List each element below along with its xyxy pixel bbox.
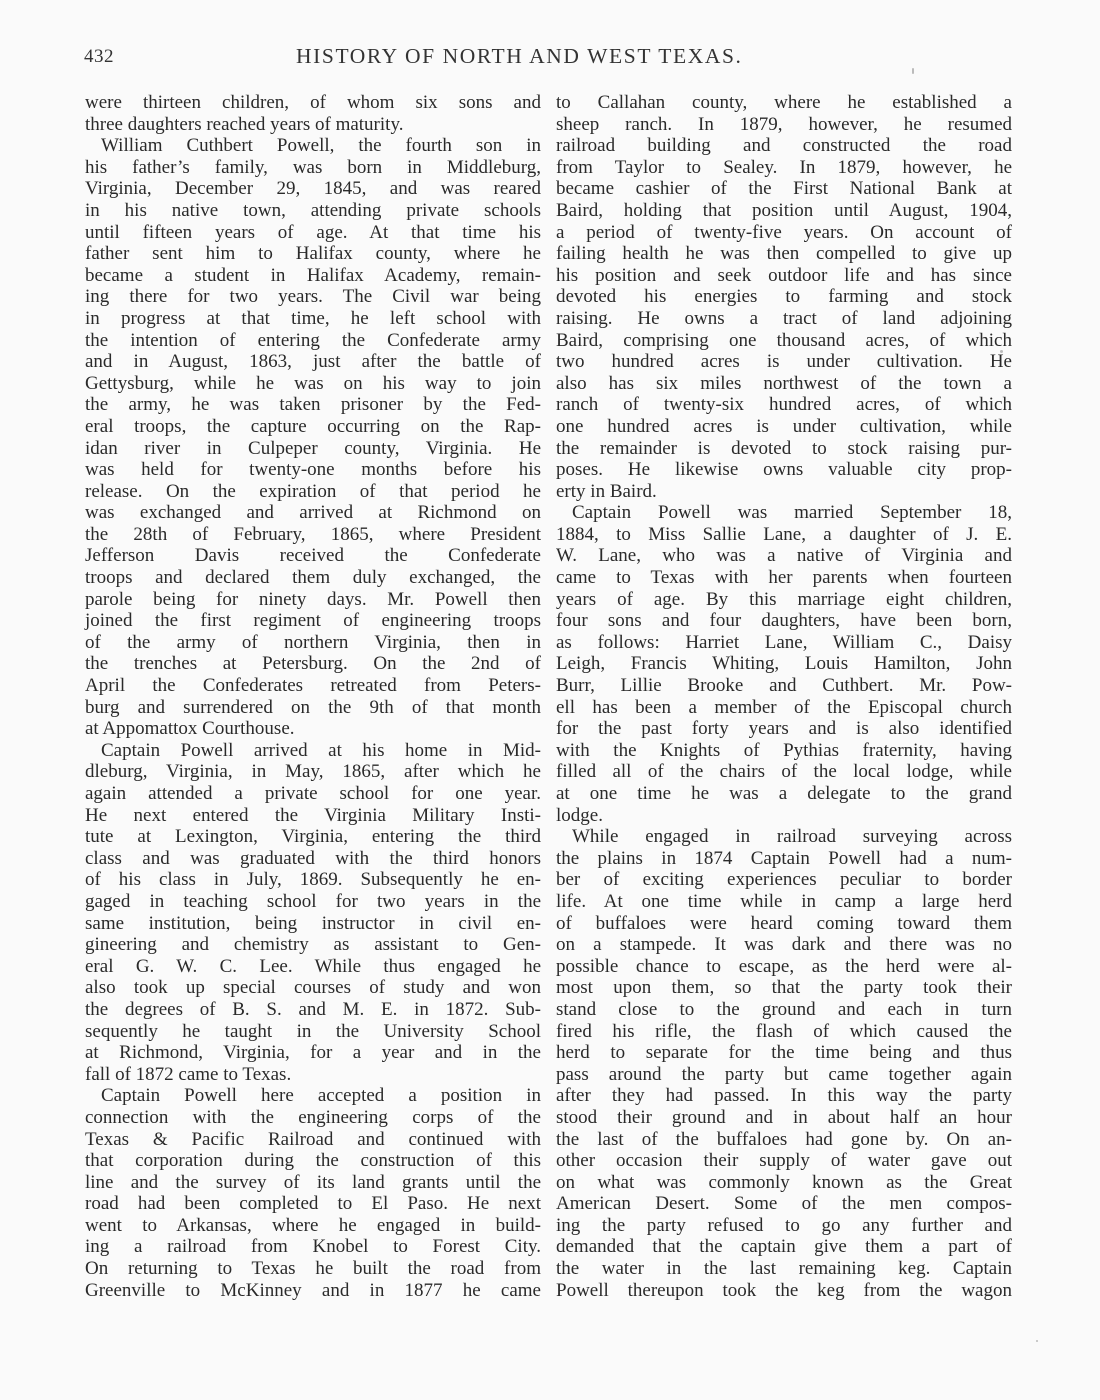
text-line: the last of the buffaloes had gone by. O… bbox=[556, 1129, 1012, 1151]
text-line: troops and declared them duly exchanged,… bbox=[85, 567, 541, 589]
text-line: the remainder is devoted to stock raisin… bbox=[556, 438, 1012, 460]
text-line: for the past forty years and is also ide… bbox=[556, 718, 1012, 740]
text-line: eral troops, the capture occurring on th… bbox=[85, 416, 541, 438]
scan-speck bbox=[912, 68, 914, 74]
text-line: of the army of northern Virginia, then i… bbox=[85, 632, 541, 654]
text-line: ing a railroad from Knobel to Forest Cit… bbox=[85, 1236, 541, 1258]
text-line: in progress at that time, he left school… bbox=[85, 308, 541, 330]
text-line: to Callahan county, where he established… bbox=[556, 92, 1012, 114]
right-column: to Callahan county, where he established… bbox=[556, 92, 1012, 1301]
text-line: failing health he was then compelled to … bbox=[556, 243, 1012, 265]
text-line: three daughters reached years of maturit… bbox=[85, 114, 541, 136]
text-line: at Richmond, Virginia, for a year and in… bbox=[85, 1042, 541, 1064]
text-line: that corporation during the construction… bbox=[85, 1150, 541, 1172]
text-line: He next entered the Virginia Military In… bbox=[85, 805, 541, 827]
text-line: at one time he was a delegate to the gra… bbox=[556, 783, 1012, 805]
text-line: raising. He owns a tract of land adjoini… bbox=[556, 308, 1012, 330]
text-line: became cashier of the First National Ban… bbox=[556, 178, 1012, 200]
text-line: on a stampede. It was dark and there was… bbox=[556, 934, 1012, 956]
text-line: Captain Powell was married September 18, bbox=[556, 502, 1012, 524]
text-line: other occasion their supply of water gav… bbox=[556, 1150, 1012, 1172]
text-line: as follows: Harriet Lane, William C., Da… bbox=[556, 632, 1012, 654]
page-number: 432 bbox=[84, 46, 114, 68]
text-line: ranch of twenty-six hundred acres, of wh… bbox=[556, 394, 1012, 416]
text-line: Captain Powell here accepted a position … bbox=[85, 1085, 541, 1107]
text-line: pass around the party but came together … bbox=[556, 1064, 1012, 1086]
text-line: and in August, 1863, just after the batt… bbox=[85, 351, 541, 373]
text-line: filled all of the chairs of the local lo… bbox=[556, 761, 1012, 783]
text-line: one hundred acres is under cultivation, … bbox=[556, 416, 1012, 438]
text-line: his father’s family, was born in Middleb… bbox=[85, 157, 541, 179]
text-line: was held for twenty-one months before hi… bbox=[85, 459, 541, 481]
text-line: poses. He likewise owns valuable city pr… bbox=[556, 459, 1012, 481]
text-line: eral G. W. C. Lee. While thus engaged he bbox=[85, 956, 541, 978]
text-line: went to Arkansas, where he engaged in bu… bbox=[85, 1215, 541, 1237]
text-line: Leigh, Francis Whiting, Louis Hamilton, … bbox=[556, 653, 1012, 675]
text-line: a period of twenty-five years. On accoun… bbox=[556, 222, 1012, 244]
text-line: ell has been a member of the Episcopal c… bbox=[556, 697, 1012, 719]
text-line: were thirteen children, of whom six sons… bbox=[85, 92, 541, 114]
text-line: of his class in July, 1869. Subsequently… bbox=[85, 869, 541, 891]
text-line: sheep ranch. In 1879, however, he resume… bbox=[556, 114, 1012, 136]
text-line: ing the party refused to go any further … bbox=[556, 1215, 1012, 1237]
text-line: the degrees of B. S. and M. E. in 1872. … bbox=[85, 999, 541, 1021]
running-title: HISTORY OF NORTH AND WEST TEXAS. bbox=[296, 44, 816, 69]
text-line: W. Lane, who was a native of Virginia an… bbox=[556, 545, 1012, 567]
text-line: Texas & Pacific Railroad and continued w… bbox=[85, 1129, 541, 1151]
text-line: with the Knights of Pythias fraternity, … bbox=[556, 740, 1012, 762]
text-line: father sent him to Halifax county, where… bbox=[85, 243, 541, 265]
text-line: until fifteen years of age. At that time… bbox=[85, 222, 541, 244]
text-line: devoted his energies to farming and stoc… bbox=[556, 286, 1012, 308]
text-line: Baird, holding that position until Augus… bbox=[556, 200, 1012, 222]
text-line: gineering and chemistry as assistant to … bbox=[85, 934, 541, 956]
text-line: American Desert. Some of the men compos- bbox=[556, 1193, 1012, 1215]
text-line: Powell thereupon took the keg from the w… bbox=[556, 1280, 1012, 1302]
text-line: herd to separate for the time being and … bbox=[556, 1042, 1012, 1064]
text-line: burg and surrendered on the 9th of that … bbox=[85, 697, 541, 719]
text-line: tute at Lexington, Virginia, entering th… bbox=[85, 826, 541, 848]
text-line: of buffaloes were heard coming toward th… bbox=[556, 913, 1012, 935]
scan-speck bbox=[1036, 1340, 1038, 1342]
text-line: gaged in teaching school for two years i… bbox=[85, 891, 541, 913]
text-line: also took up special courses of study an… bbox=[85, 977, 541, 999]
text-line: life. At one time while in camp a large … bbox=[556, 891, 1012, 913]
text-line: road had been completed to El Paso. He n… bbox=[85, 1193, 541, 1215]
text-line: dleburg, Virginia, in May, 1865, after w… bbox=[85, 761, 541, 783]
text-line: at Appomattox Courthouse. bbox=[85, 718, 541, 740]
text-line: Virginia, December 29, 1845, and was rea… bbox=[85, 178, 541, 200]
text-line: from Taylor to Sealey. In 1879, however,… bbox=[556, 157, 1012, 179]
text-line: railroad building and constructed the ro… bbox=[556, 135, 1012, 157]
text-line: the trenches at Petersburg. On the 2nd o… bbox=[85, 653, 541, 675]
text-line: idan river in Culpeper county, Virginia.… bbox=[85, 438, 541, 460]
text-line: April the Confederates retreated from Pe… bbox=[85, 675, 541, 697]
text-line: stood their ground and in about half an … bbox=[556, 1107, 1012, 1129]
text-line: Gettysburg, while he was on his way to j… bbox=[85, 373, 541, 395]
text-line: stand close to the ground and each in tu… bbox=[556, 999, 1012, 1021]
text-line: possible chance to escape, as the herd w… bbox=[556, 956, 1012, 978]
text-line: joined the first regiment of engineering… bbox=[85, 610, 541, 632]
text-line: the army, he was taken prisoner by the F… bbox=[85, 394, 541, 416]
text-line: on what was commonly known as the Great bbox=[556, 1172, 1012, 1194]
text-line: the water in the last remaining keg. Cap… bbox=[556, 1258, 1012, 1280]
text-line: sequently he taught in the University Sc… bbox=[85, 1021, 541, 1043]
text-line: four sons and four daughters, have been … bbox=[556, 610, 1012, 632]
text-line: ber of exciting experiences peculiar to … bbox=[556, 869, 1012, 891]
text-line: release. On the expiration of that perio… bbox=[85, 481, 541, 503]
text-line: Greenville to McKinney and in 1877 he ca… bbox=[85, 1280, 541, 1302]
text-line: most upon them, so that the party took t… bbox=[556, 977, 1012, 999]
text-line: fall of 1872 came to Texas. bbox=[85, 1064, 541, 1086]
text-line: the plains in 1874 Captain Powell had a … bbox=[556, 848, 1012, 870]
text-line: the intention of entering the Confederat… bbox=[85, 330, 541, 352]
text-line: after they had passed. In this way the p… bbox=[556, 1085, 1012, 1107]
text-line: his position and seek outdoor life and h… bbox=[556, 265, 1012, 287]
text-line: On returning to Texas he built the road … bbox=[85, 1258, 541, 1280]
text-line: Captain Powell arrived at his home in Mi… bbox=[85, 740, 541, 762]
text-line: fired his rifle, the flash of which caus… bbox=[556, 1021, 1012, 1043]
text-line: again attended a private school for one … bbox=[85, 783, 541, 805]
scan-speck bbox=[1000, 350, 1003, 353]
text-line: parole being for ninety days. Mr. Powell… bbox=[85, 589, 541, 611]
text-line: erty in Baird. bbox=[556, 481, 1012, 503]
text-line: the 28th of February, 1865, where Presid… bbox=[85, 524, 541, 546]
text-line: came to Texas with her parents when four… bbox=[556, 567, 1012, 589]
text-line: ing there for two years. The Civil war b… bbox=[85, 286, 541, 308]
text-line: Jefferson Davis received the Confederate bbox=[85, 545, 541, 567]
text-line: Burr, Lillie Brooke and Cuthbert. Mr. Po… bbox=[556, 675, 1012, 697]
text-line: lodge. bbox=[556, 805, 1012, 827]
text-line: became a student in Halifax Academy, rem… bbox=[85, 265, 541, 287]
text-line: was exchanged and arrived at Richmond on bbox=[85, 502, 541, 524]
left-column: were thirteen children, of whom six sons… bbox=[85, 92, 541, 1301]
text-line: two hundred acres is under cultivation. … bbox=[556, 351, 1012, 373]
text-line: Baird, comprising one thousand acres, of… bbox=[556, 330, 1012, 352]
text-line: William Cuthbert Powell, the fourth son … bbox=[85, 135, 541, 157]
text-line: line and the survey of its land grants u… bbox=[85, 1172, 541, 1194]
text-line: class and was graduated with the third h… bbox=[85, 848, 541, 870]
text-line: 1884, to Miss Sallie Lane, a daughter of… bbox=[556, 524, 1012, 546]
text-line: also has six miles northwest of the town… bbox=[556, 373, 1012, 395]
text-line: demanded that the captain give them a pa… bbox=[556, 1236, 1012, 1258]
text-line: While engaged in railroad surveying acro… bbox=[556, 826, 1012, 848]
text-line: years of age. By this marriage eight chi… bbox=[556, 589, 1012, 611]
text-line: same institution, being instructor in ci… bbox=[85, 913, 541, 935]
text-line: connection with the engineering corps of… bbox=[85, 1107, 541, 1129]
text-line: in his native town, attending private sc… bbox=[85, 200, 541, 222]
